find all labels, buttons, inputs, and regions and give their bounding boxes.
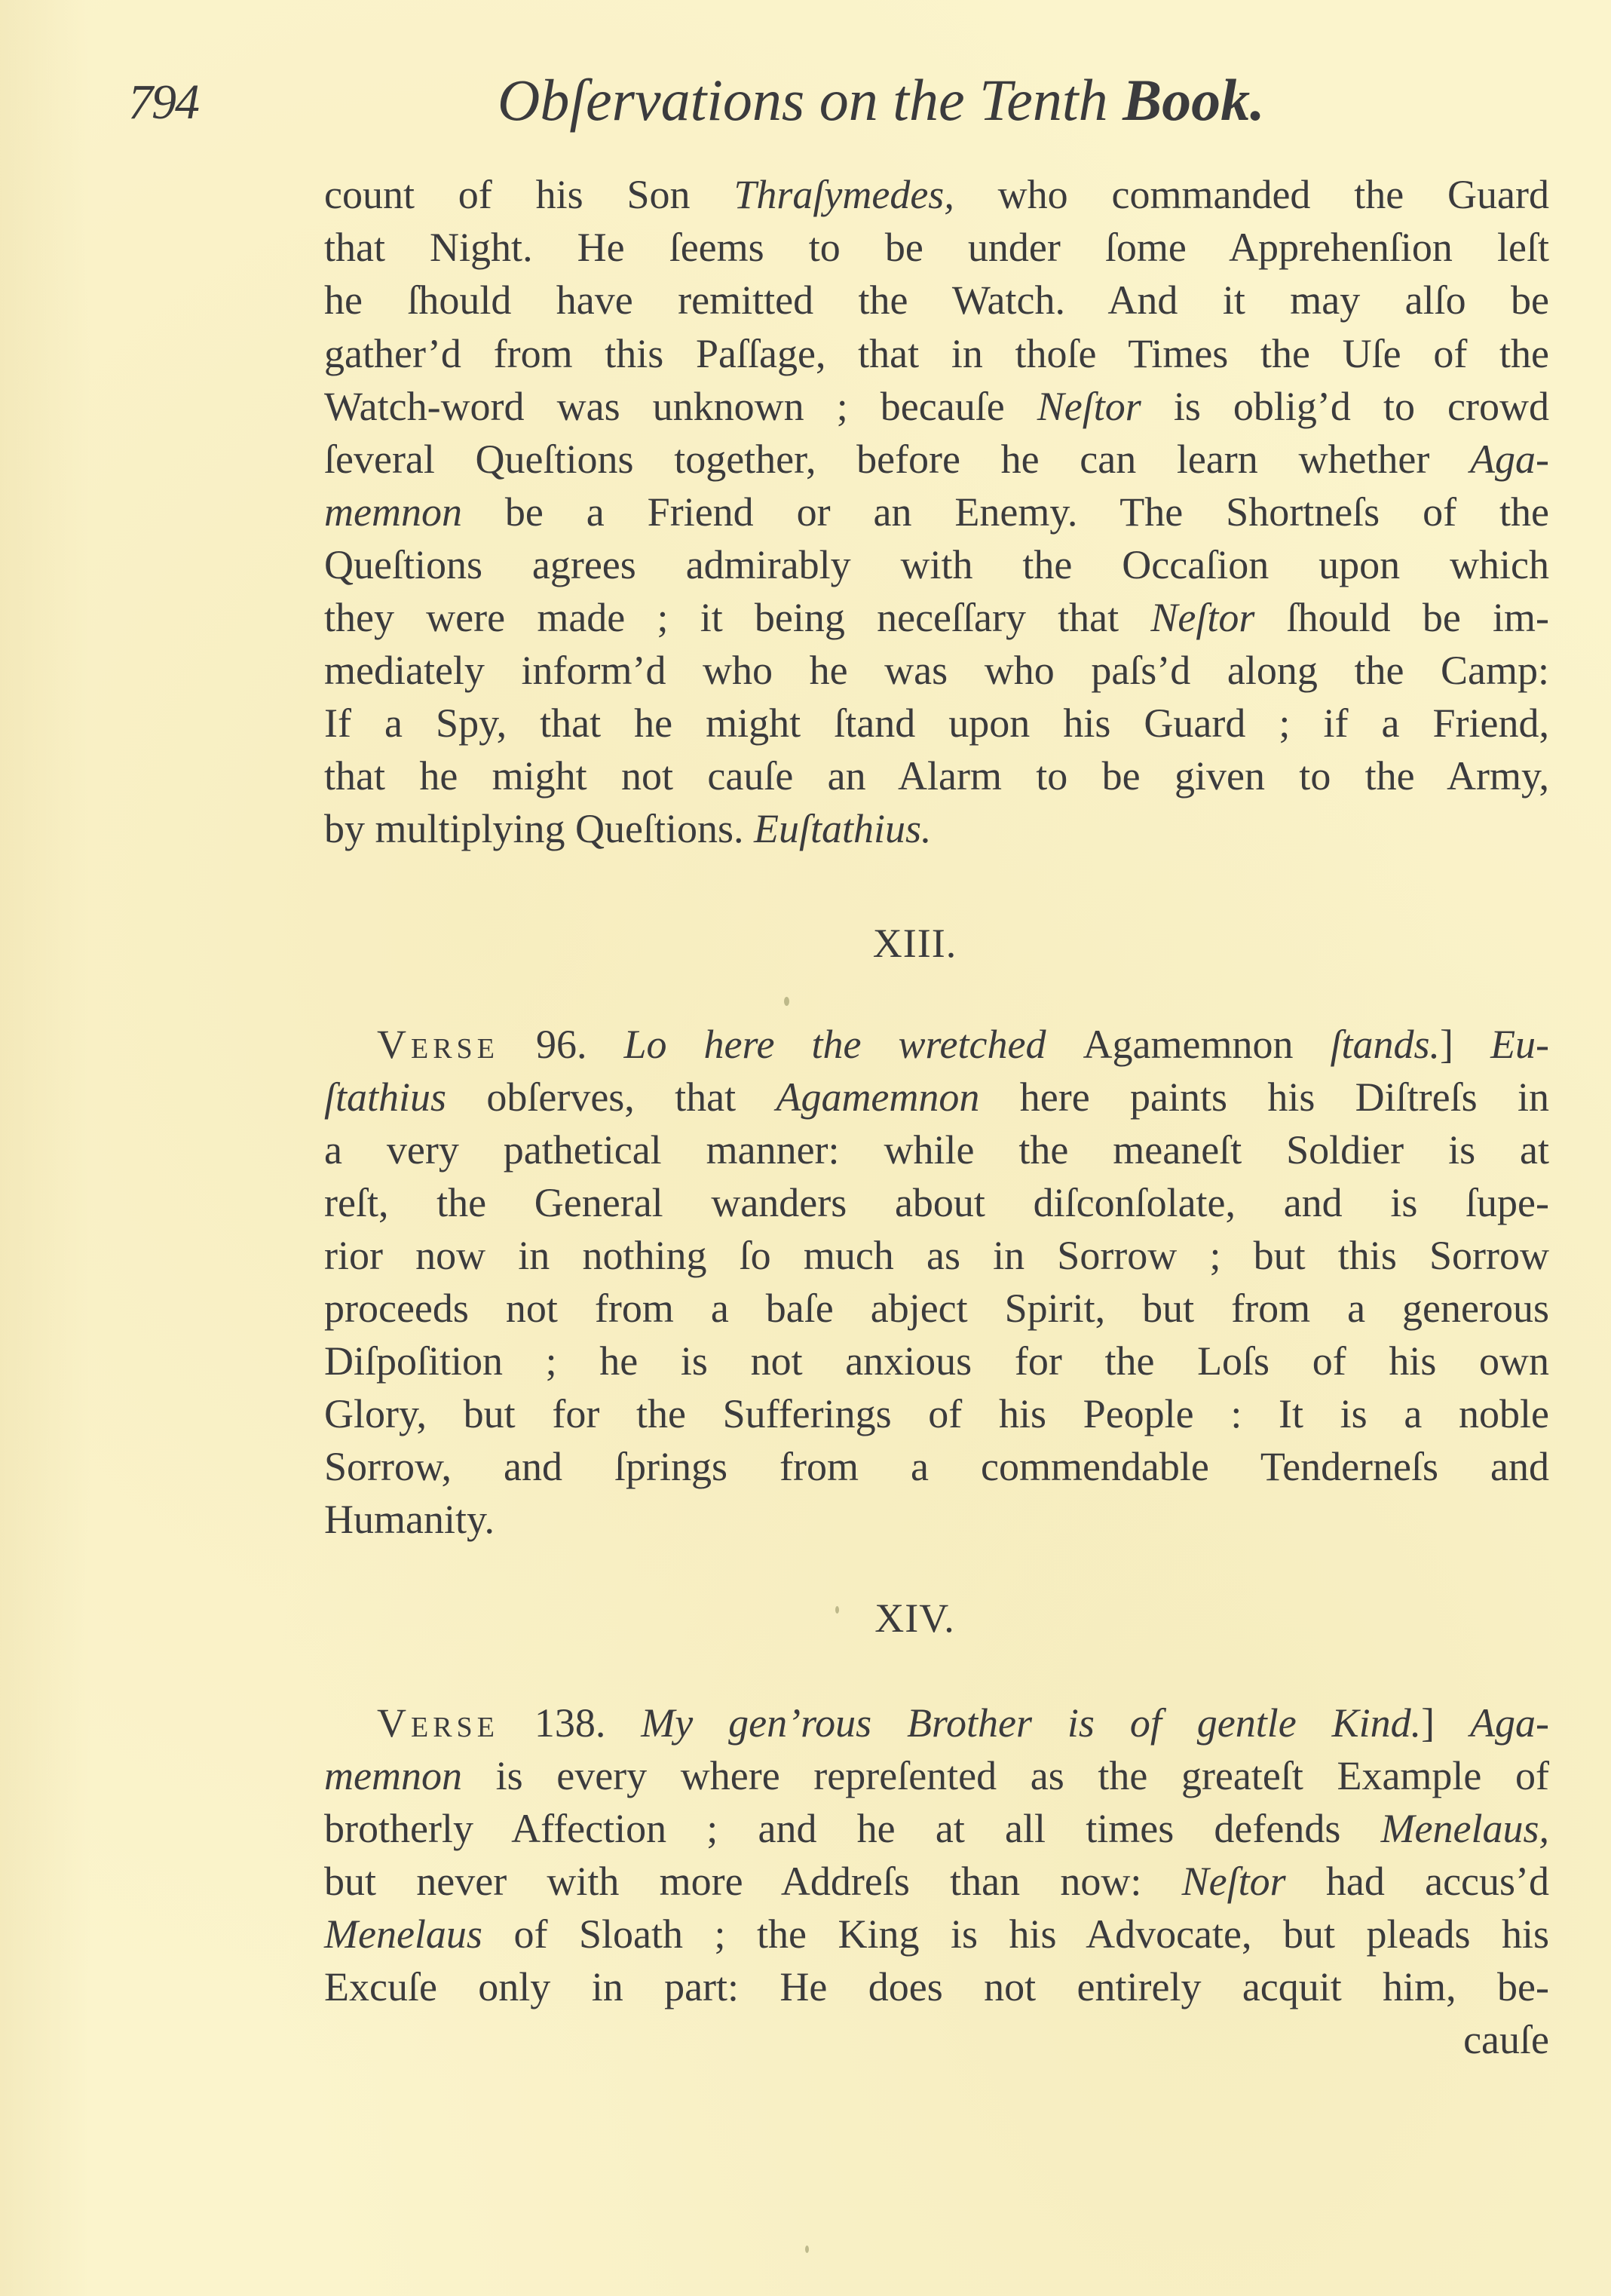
text-span: Glory, but for the Sufferings of his Peo… (324, 1391, 1549, 1436)
text-span: he ſhould have remitted the Watch. And i… (324, 277, 1549, 323)
text-span: had accus’d (1286, 1859, 1549, 1904)
text-span: they were made ; it being neceſſary that (324, 595, 1150, 640)
text-span: ſeveral Queſtions together, before he ca… (324, 437, 1470, 482)
text-span: is oblig’d to crowd (1141, 384, 1549, 429)
italic-name: memnon (324, 489, 462, 535)
text-span: rior now in nothing ſo much as in Sorrow… (324, 1233, 1549, 1278)
text-span: mediately inform’d who he was who paſs’d… (324, 648, 1549, 693)
text-line: memnon is every where repreſented as the… (324, 1749, 1549, 1802)
text-span: ſhould be im- (1254, 595, 1549, 640)
italic-name: ſtathius (324, 1074, 446, 1120)
text-line: Humanity. (324, 1493, 1549, 1546)
text-line: mediately inform’d who he was who paſs’d… (324, 644, 1549, 697)
text-line: count of his Son Thraſymedes, who comman… (324, 168, 1549, 221)
text-span: Watch-word was unknown ; becauſe (324, 384, 1037, 429)
text-line: If a Spy, that he might ſtand upon his G… (324, 697, 1549, 749)
verse-lemma-line: Verse 96. Lo here the wretched Agamemnon… (377, 1018, 1549, 1071)
text-span: a very pathetical manner: while the mean… (324, 1127, 1549, 1173)
text-line: Glory, but for the Sufferings of his Peo… (324, 1387, 1549, 1440)
text-span: by multiplying Queſtions. (324, 806, 754, 851)
text-span: that he might not cauſe an Alarm to be g… (324, 753, 1549, 799)
running-title-main: Obſervations on the Tenth (498, 67, 1122, 133)
italic-name: Neſtor (1037, 384, 1141, 429)
text-span: be a Friend or an Enemy. The Shortneſs o… (462, 489, 1549, 535)
lemma-bracket: ] (1440, 1022, 1453, 1067)
section-number: XIV. (874, 1596, 955, 1641)
page-header: 794 Obſervations on the Tenth Book. (128, 66, 1553, 149)
section-heading-xiii: XIII. (0, 920, 1611, 967)
italic-name: Menelaus (324, 1911, 482, 1957)
running-title-book: Book. (1122, 67, 1265, 133)
text-line: Menelaus of Sloath ; the King is his Adv… (324, 1908, 1549, 1960)
text-span: brotherly Affection ; and he at all time… (324, 1806, 1381, 1851)
book-page: 794 Obſervations on the Tenth Book. coun… (0, 0, 1611, 2296)
paper-speck (805, 2245, 809, 2253)
text-span: If a Spy, that he might ſtand upon his G… (324, 700, 1549, 746)
text-line: Sorrow, and ſprings from a commendable T… (324, 1440, 1549, 1493)
italic-attribution: Euſtathius. (754, 806, 932, 851)
text-line: proceeds not from a baſe abject Spirit, … (324, 1282, 1549, 1335)
text-line: that Night. He ſeems to be under ſome Ap… (324, 221, 1549, 274)
text-span: count of his Son (324, 172, 734, 217)
verse-label: Verse (377, 1700, 499, 1746)
paper-speck (835, 1606, 839, 1614)
verse-lemma-line: Verse 138. My gen’rous Brother is of gen… (377, 1697, 1549, 1749)
text-line: a very pathetical manner: while the mean… (324, 1123, 1549, 1176)
text-span: here paints his Diſtreſs in (979, 1074, 1549, 1120)
text-line: that he might not cauſe an Alarm to be g… (324, 749, 1549, 802)
catchword-text: cauſe (1463, 2017, 1549, 2062)
text-span: Diſpoſition ; he is not anxious for the … (324, 1338, 1549, 1384)
text-line: rior now in nothing ſo much as in Sorrow… (324, 1229, 1549, 1282)
text-line: ſeveral Queſtions together, before he ca… (324, 433, 1549, 486)
text-line: reſt, the General wanders about diſconſo… (324, 1176, 1549, 1229)
lemma-text: ſtands. (1293, 1022, 1440, 1067)
italic-name: Aga- (1470, 1700, 1549, 1746)
verse-number: 138. (499, 1700, 641, 1746)
italic-name: Thraſymedes, (734, 172, 954, 217)
lemma-text: My gen’rous Brother is of gentle Kind. (641, 1700, 1421, 1746)
italic-name: Menelaus, (1381, 1806, 1549, 1851)
page-number: 794 (128, 74, 198, 131)
text-line: Queſtions agrees admirably with the Occa… (324, 538, 1549, 591)
text-span: that Night. He ſeems to be under ſome Ap… (324, 225, 1549, 270)
section-heading-xiv: XIV. (0, 1595, 1611, 1642)
paper-speck (784, 997, 789, 1006)
text-span: is every where repreſented as the greate… (462, 1753, 1549, 1798)
text-span: reſt, the General wanders about diſconſo… (324, 1180, 1549, 1225)
text-line: by multiplying Queſtions. Euſtathius. (324, 802, 1549, 855)
italic-name: Agamemnon (776, 1074, 979, 1120)
catchword: cauſe (324, 2013, 1549, 2066)
text-line: ſtathius obſerves, that Agamemnon here p… (324, 1071, 1549, 1123)
verse-number: 96. (499, 1022, 624, 1067)
text-line: Excuſe only in part: He does not entirel… (324, 1960, 1549, 2013)
section-number: XIII. (873, 921, 957, 966)
italic-name: Aga- (1470, 437, 1549, 482)
text-line: Watch-word was unknown ; becauſe Neſtor … (324, 380, 1549, 433)
text-span: obſerves, that (446, 1074, 776, 1120)
verse-label: Verse (377, 1022, 499, 1067)
italic-name: Neſtor (1150, 595, 1254, 640)
italic-name: Neſtor (1182, 1859, 1286, 1904)
text-line: gather’d from this Paſſage, that in thoſ… (324, 327, 1549, 380)
italic-name: Eu- (1490, 1022, 1549, 1067)
text-span: Humanity. (324, 1497, 495, 1542)
text-span: gather’d from this Paſſage, that in thoſ… (324, 331, 1549, 376)
text-span: proceeds not from a baſe abject Spirit, … (324, 1286, 1549, 1331)
text-span: of Sloath ; the King is his Advocate, bu… (482, 1911, 1549, 1957)
text-span: Sorrow, and ſprings from a commendable T… (324, 1444, 1549, 1489)
text-line: but never with more Addreſs than now: Ne… (324, 1855, 1549, 1908)
italic-name: memnon (324, 1753, 462, 1798)
text-line: they were made ; it being neceſſary that… (324, 591, 1549, 644)
lemma-text: Lo here the wretched (623, 1022, 1083, 1067)
text-span: who commanded the Guard (954, 172, 1549, 217)
text-line: Diſpoſition ; he is not anxious for the … (324, 1335, 1549, 1387)
text-line: he ſhould have remitted the Watch. And i… (324, 274, 1549, 326)
text-span: Excuſe only in part: He does not entirel… (324, 1964, 1549, 2009)
text-span: but never with more Addreſs than now: (324, 1859, 1182, 1904)
lemma-bracket: ] (1421, 1700, 1435, 1746)
text-span: Queſtions agrees admirably with the Occa… (324, 542, 1549, 587)
lemma-name: Agamemnon (1083, 1022, 1294, 1067)
running-title: Obſervations on the Tenth Book. (498, 66, 1265, 134)
text-line: brotherly Affection ; and he at all time… (324, 1802, 1549, 1855)
text-line: memnon be a Friend or an Enemy. The Shor… (324, 486, 1549, 538)
